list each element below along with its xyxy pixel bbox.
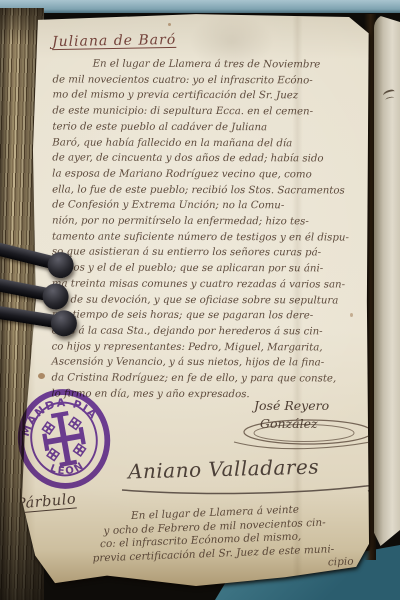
manuscript-line: tos de su devoción, y que se oficiase so… xyxy=(52,292,360,309)
manuscript-line: de este municipio: di sepultura Ecca. en… xyxy=(52,104,360,121)
manuscript-line: En el lugar de Llamera á tres de Noviemb… xyxy=(93,57,361,74)
signature-surname: González xyxy=(260,416,318,431)
manuscript-line: nión, por no permitírselo la enfermedad;… xyxy=(52,213,360,230)
manuscript-line: so que asistieran á su entierro los seño… xyxy=(52,245,360,262)
manuscript-line: Baró, que había fallecido en la mañana d… xyxy=(52,135,360,152)
next-entry-heading: Aniano Valladares xyxy=(128,455,320,484)
photograph-of-manuscript: Juliana de Baró En el lugar de Llamera á… xyxy=(0,0,400,600)
signature-flourish xyxy=(230,408,390,454)
table-surface-top xyxy=(0,0,400,13)
manuscript-line: Ascensión y Venancio, y á sus nietos, hi… xyxy=(52,355,360,372)
manuscript-line: de mil novecientos cuatro: yo el infrasc… xyxy=(52,72,360,89)
manuscript-line: de ayer, de cincuenta y dos años de edad… xyxy=(52,151,360,168)
fox-spot xyxy=(38,373,45,379)
priest-signature: José Reyero González xyxy=(230,396,390,454)
manuscript-line: tamento ante suficiente número de testig… xyxy=(52,229,360,246)
manuscript-line: por tiempo de seis horas; que se pagaran… xyxy=(52,308,360,325)
manuscript-line: rrocos y el de el pueblo; que se aplicar… xyxy=(52,261,360,278)
manuscript-line: ma treinta misas comunes y cuatro rezada… xyxy=(52,276,360,293)
manuscript-line: terio de este pueblo al cadáver de Julia… xyxy=(52,119,360,136)
manuscript-line: mo del mismo y previa certificación del … xyxy=(52,88,360,105)
manuscript-page-wrap: Juliana de Baró En el lugar de Llamera á… xyxy=(18,13,374,590)
manuscript-line: la esposa de Mariano Rodríguez vecino qu… xyxy=(52,166,360,183)
next-entry-underline xyxy=(120,483,376,497)
fox-spot xyxy=(168,23,171,26)
manuscript-line: ella, lo fue de este pueblo; recibió los… xyxy=(52,182,360,199)
entry-body: En el lugar de Llamera á tres de Noviemb… xyxy=(51,56,360,403)
next-entry-body: En el lugar de Llamera á veintey ocho de… xyxy=(91,500,383,579)
manuscript-page: Juliana de Baró En el lugar de Llamera á… xyxy=(18,13,374,590)
jerusalem-cross-icon xyxy=(39,409,89,469)
fox-spot xyxy=(350,313,353,317)
signature-name: José Reyero xyxy=(254,398,329,413)
manda-pia-stamp: MANDA PIA LEON xyxy=(8,380,120,497)
entry-heading: Juliana de Baró xyxy=(52,32,176,50)
manuscript-line: de Confesión y Extrema Unción; no la Com… xyxy=(52,198,360,215)
manuscript-line: co hijos y representantes: Pedro, Miguel… xyxy=(52,339,360,356)
manuscript-line: chos á la casa Sta., dejando por hereder… xyxy=(52,323,360,340)
